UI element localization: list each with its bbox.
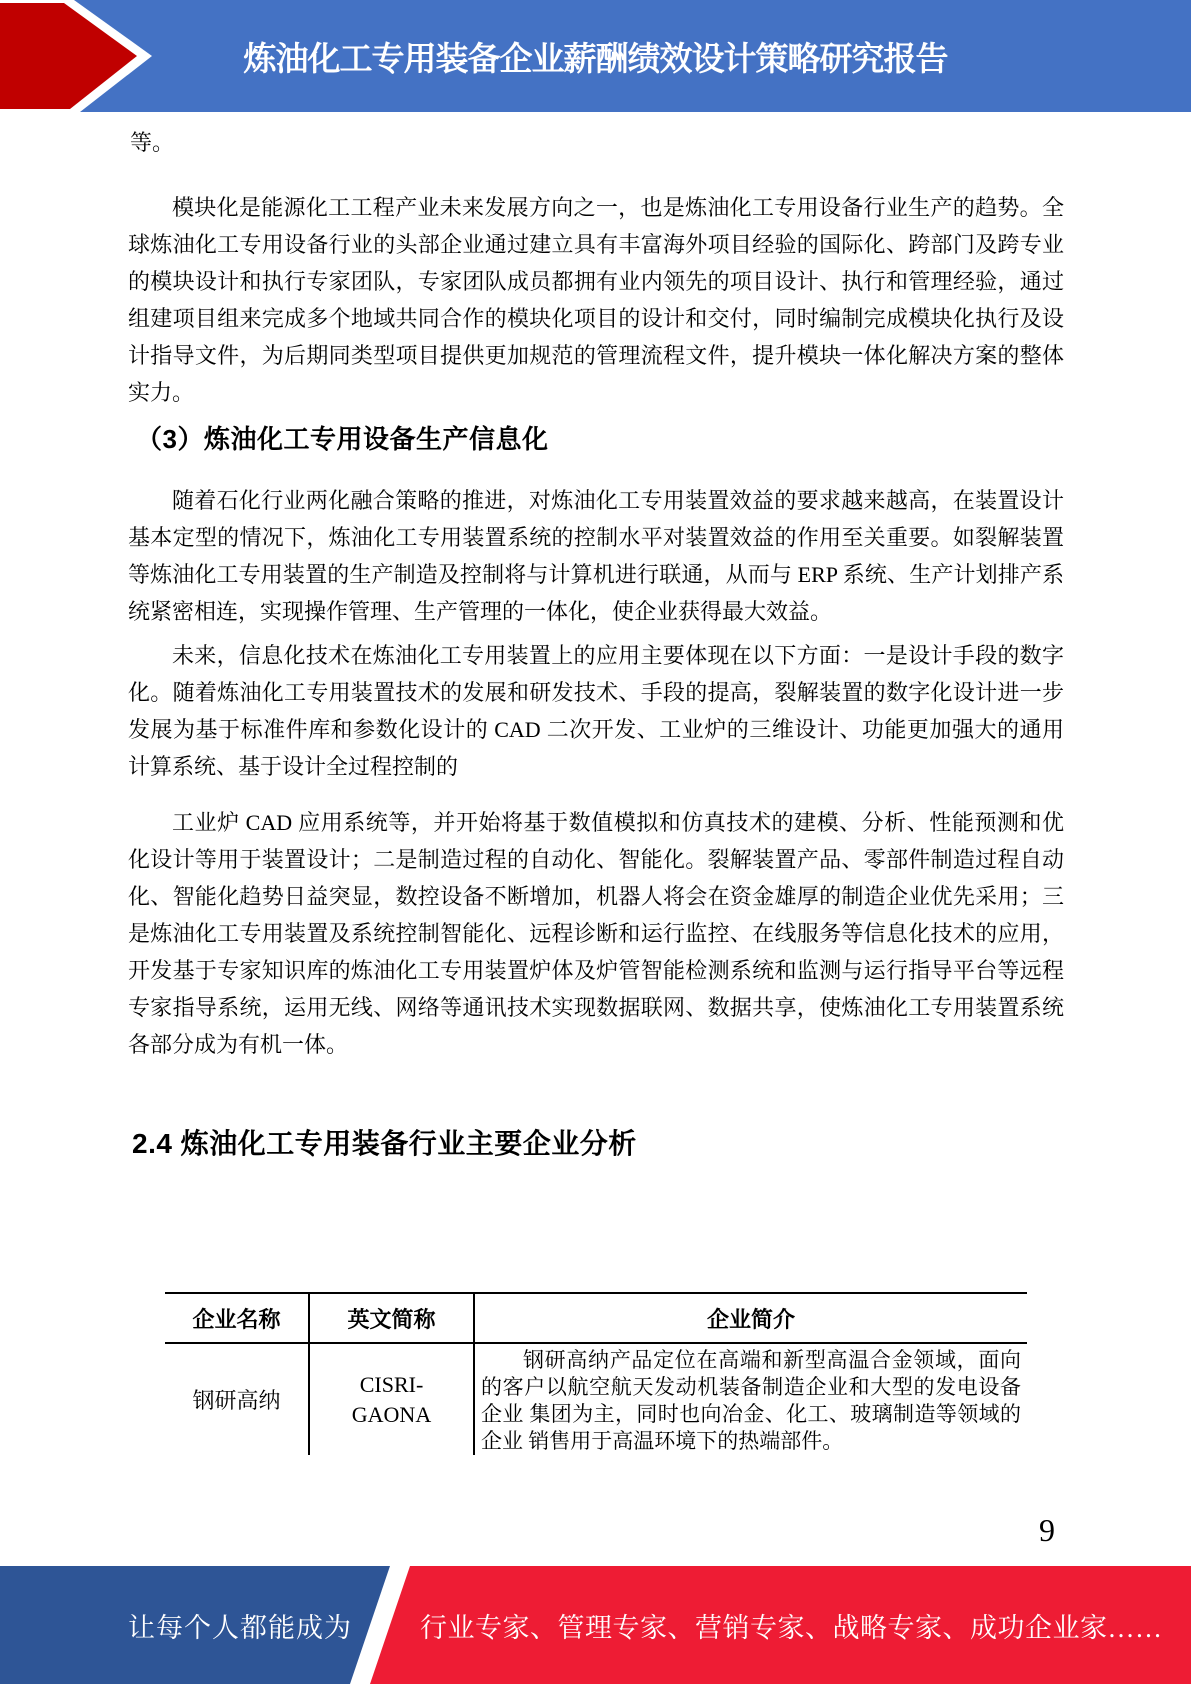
column-header-english-abbr: 英文简称	[310, 1294, 475, 1342]
company-abbr-line2: GAONA	[352, 1400, 431, 1430]
footer-slogan-left: 让每个人都能成为	[0, 1566, 352, 1684]
page-number: 9	[1022, 1512, 1072, 1549]
table-row: 钢研高纳 CISRI- GAONA 钢研高纳产品定位在高端和新型高温合金领域，面…	[165, 1344, 1027, 1454]
column-header-company-profile: 企业简介	[475, 1294, 1027, 1342]
company-abbr-line1: CISRI-	[360, 1370, 424, 1400]
header-banner: 炼油化工专用装备企业薪酬绩效设计策略研究报告	[0, 0, 1191, 112]
paragraph-fragment: 等。	[130, 124, 174, 161]
paragraph-informatization-3: 工业炉 CAD 应用系统等，并开始将基于数值模拟和仿真技术的建模、分析、性能预测…	[128, 804, 1064, 1063]
heading-section-2-4: 2.4 炼油化工专用装备行业主要企业分析	[132, 1122, 637, 1162]
footer-banner: 让每个人都能成为 行业专家、管理专家、营销专家、战略专家、成功企业家……	[0, 1566, 1191, 1684]
column-header-company-name: 企业名称	[165, 1294, 310, 1342]
company-profile-cell: 钢研高纳产品定位在高端和新型高温合金领域，面向的客户以航空航天发动机装备制造企业…	[475, 1344, 1027, 1455]
table-header-row: 企业名称 英文简称 企业简介	[165, 1294, 1027, 1344]
paragraph-modularization: 模块化是能源化工工程产业未来发展方向之一，也是炼油化工专用设备行业生产的趋势。全…	[128, 189, 1064, 411]
company-analysis-table: 企业名称 英文简称 企业简介 钢研高纳 CISRI- GAONA 钢研高纳产品定…	[165, 1292, 1027, 1454]
paragraph-informatization-1: 随着石化行业两化融合策略的推进，对炼油化工专用装置效益的要求越来越高，在装置设计…	[128, 482, 1064, 630]
company-name-cell: 钢研高纳	[165, 1344, 310, 1455]
footer-slogan-right: 行业专家、管理专家、营销专家、战略专家、成功企业家……	[420, 1566, 1163, 1684]
heading-production-informatization: （3）炼油化工专用设备生产信息化	[136, 419, 548, 456]
company-abbr-cell: CISRI- GAONA	[310, 1344, 475, 1455]
report-title: 炼油化工专用装备企业薪酬绩效设计策略研究报告	[0, 0, 1191, 112]
report-page: 炼油化工专用装备企业薪酬绩效设计策略研究报告 等。 模块化是能源化工工程产业未来…	[0, 0, 1191, 1684]
paragraph-informatization-2: 未来，信息化技术在炼油化工专用装置上的应用主要体现在以下方面：一是设计手段的数字…	[128, 637, 1064, 785]
